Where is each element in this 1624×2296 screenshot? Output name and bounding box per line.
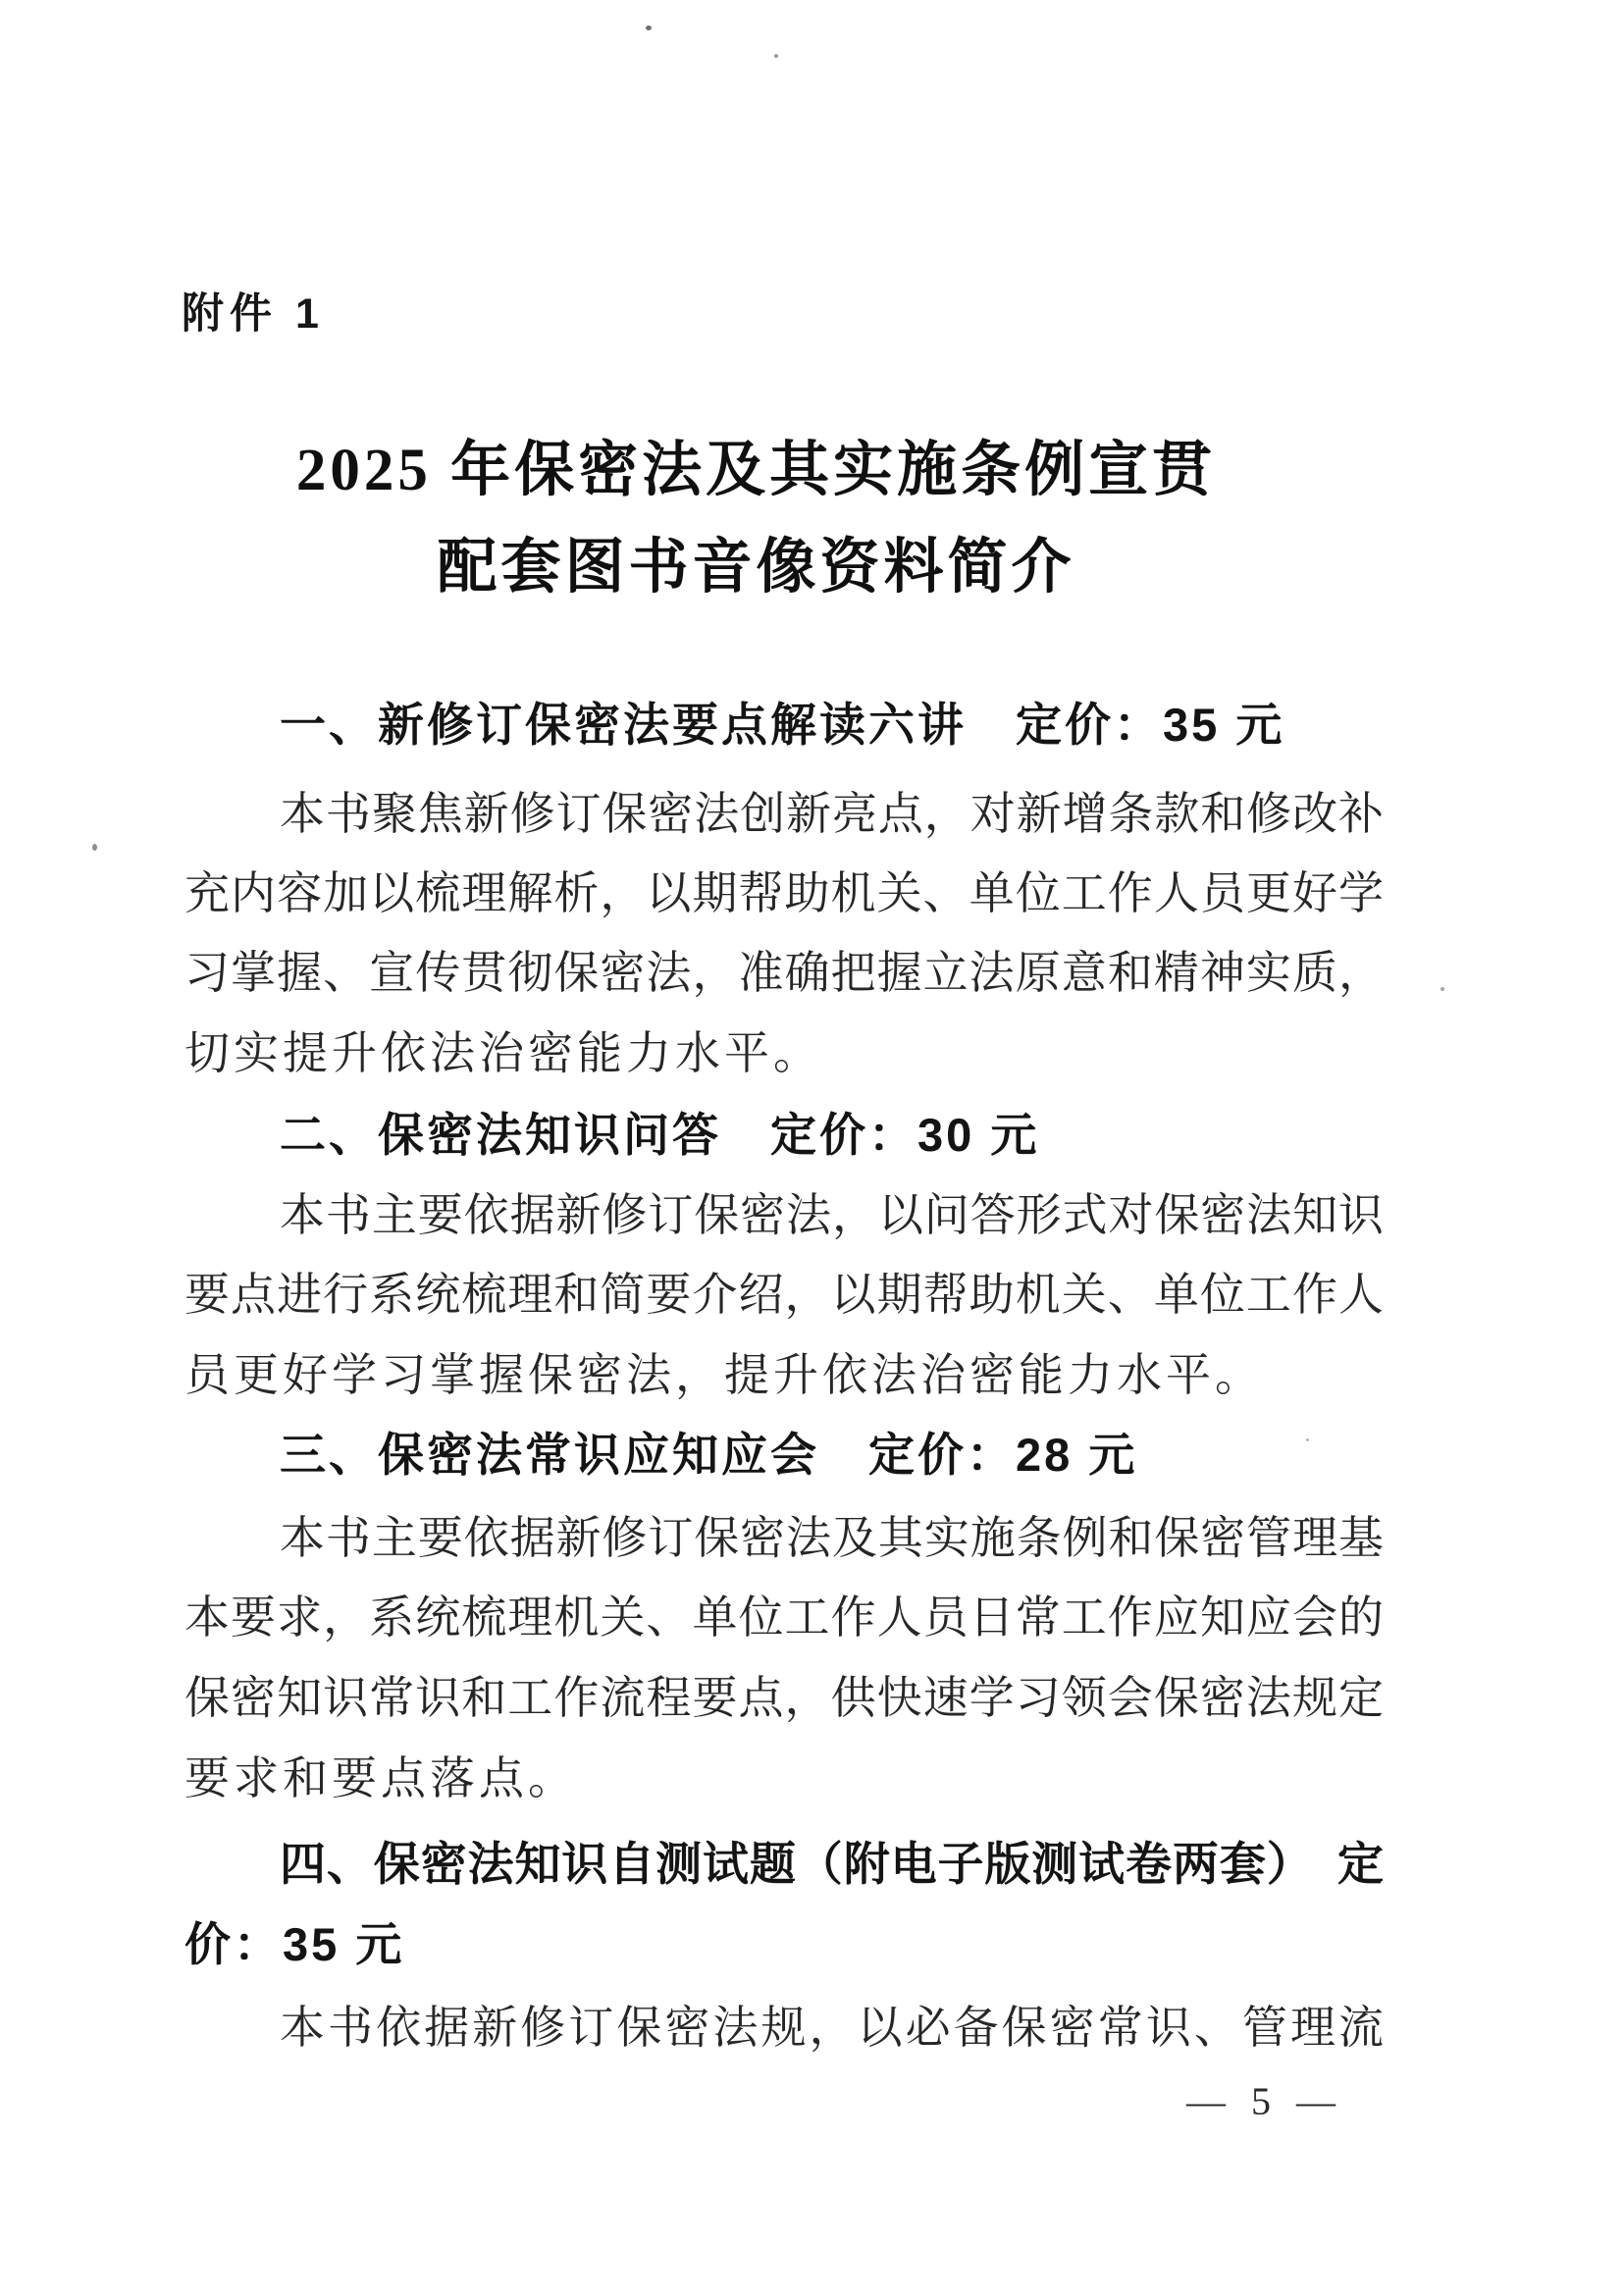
section-1-body-line-4: 切实提升依法治密能力水平。 [184, 1023, 1384, 1084]
section-3-heading: 三、保密法常识应知应会 定价：28 元 [280, 1425, 1137, 1486]
page-number: — 5 — [1170, 2078, 1352, 2125]
section-2-body-line-2: 要点进行系统梳理和简要介绍，以期帮助机关、单位工作人 [184, 1265, 1384, 1326]
section-1-body-line-3: 习掌握、宣传贯彻保密法，准确把握立法原意和精神实质， [184, 943, 1384, 1004]
section-2-body-line-3: 员更好学习掌握保密法，提升依法治密能力水平。 [184, 1345, 1384, 1406]
section-1-heading: 一、新修订保密法要点解读六讲 定价：35 元 [280, 695, 1284, 756]
section-1-body-line-2: 充内容加以梳理解析，以期帮助机关、单位工作人员更好学 [184, 863, 1384, 924]
scan-noise-dot [92, 844, 97, 851]
section-4-heading-line-1: 四、保密法知识自测试题（附电子版测试卷两套） 定 [184, 1834, 1384, 1895]
section-3-body-line-2: 本要求，系统梳理机关、单位工作人员日常工作应知应会的 [184, 1588, 1384, 1648]
scanned-document-page: 附件 1 2025 年保密法及其实施条例宣贯 配套图书音像资料简介 一、新修订保… [0, 0, 1624, 2296]
section-3-body-line-1: 本书主要依据新修订保密法及其实施条例和保密管理基 [184, 1508, 1384, 1569]
section-2-body-line-1: 本书主要依据新修订保密法，以问答形式对保密法知识 [184, 1185, 1384, 1246]
section-3-body-line-3: 保密知识常识和工作流程要点，供快速学习领会保密法规定 [184, 1668, 1384, 1729]
attachment-label: 附件 1 [182, 288, 325, 339]
section-1-body-line-1: 本书聚焦新修订保密法创新亮点，对新增条款和修改补 [184, 784, 1384, 845]
scan-noise-dot [646, 26, 652, 30]
scan-noise-dot [774, 54, 778, 58]
document-title-line-1: 2025 年保密法及其实施条例宣贯 [0, 436, 1512, 506]
scan-noise-dot [1306, 1438, 1309, 1441]
section-4-body-line-1: 本书依据新修订保密法规，以必备保密常识、管理流 [184, 1998, 1384, 2059]
section-3-body-line-4: 要求和要点落点。 [184, 1748, 1384, 1809]
section-4-heading-line-2: 价：35 元 [184, 1914, 1384, 1975]
section-2-heading: 二、保密法知识问答 定价：30 元 [280, 1105, 1039, 1166]
scan-noise-dot [1441, 987, 1444, 991]
document-title-line-2: 配套图书音像资料简介 [0, 533, 1512, 603]
